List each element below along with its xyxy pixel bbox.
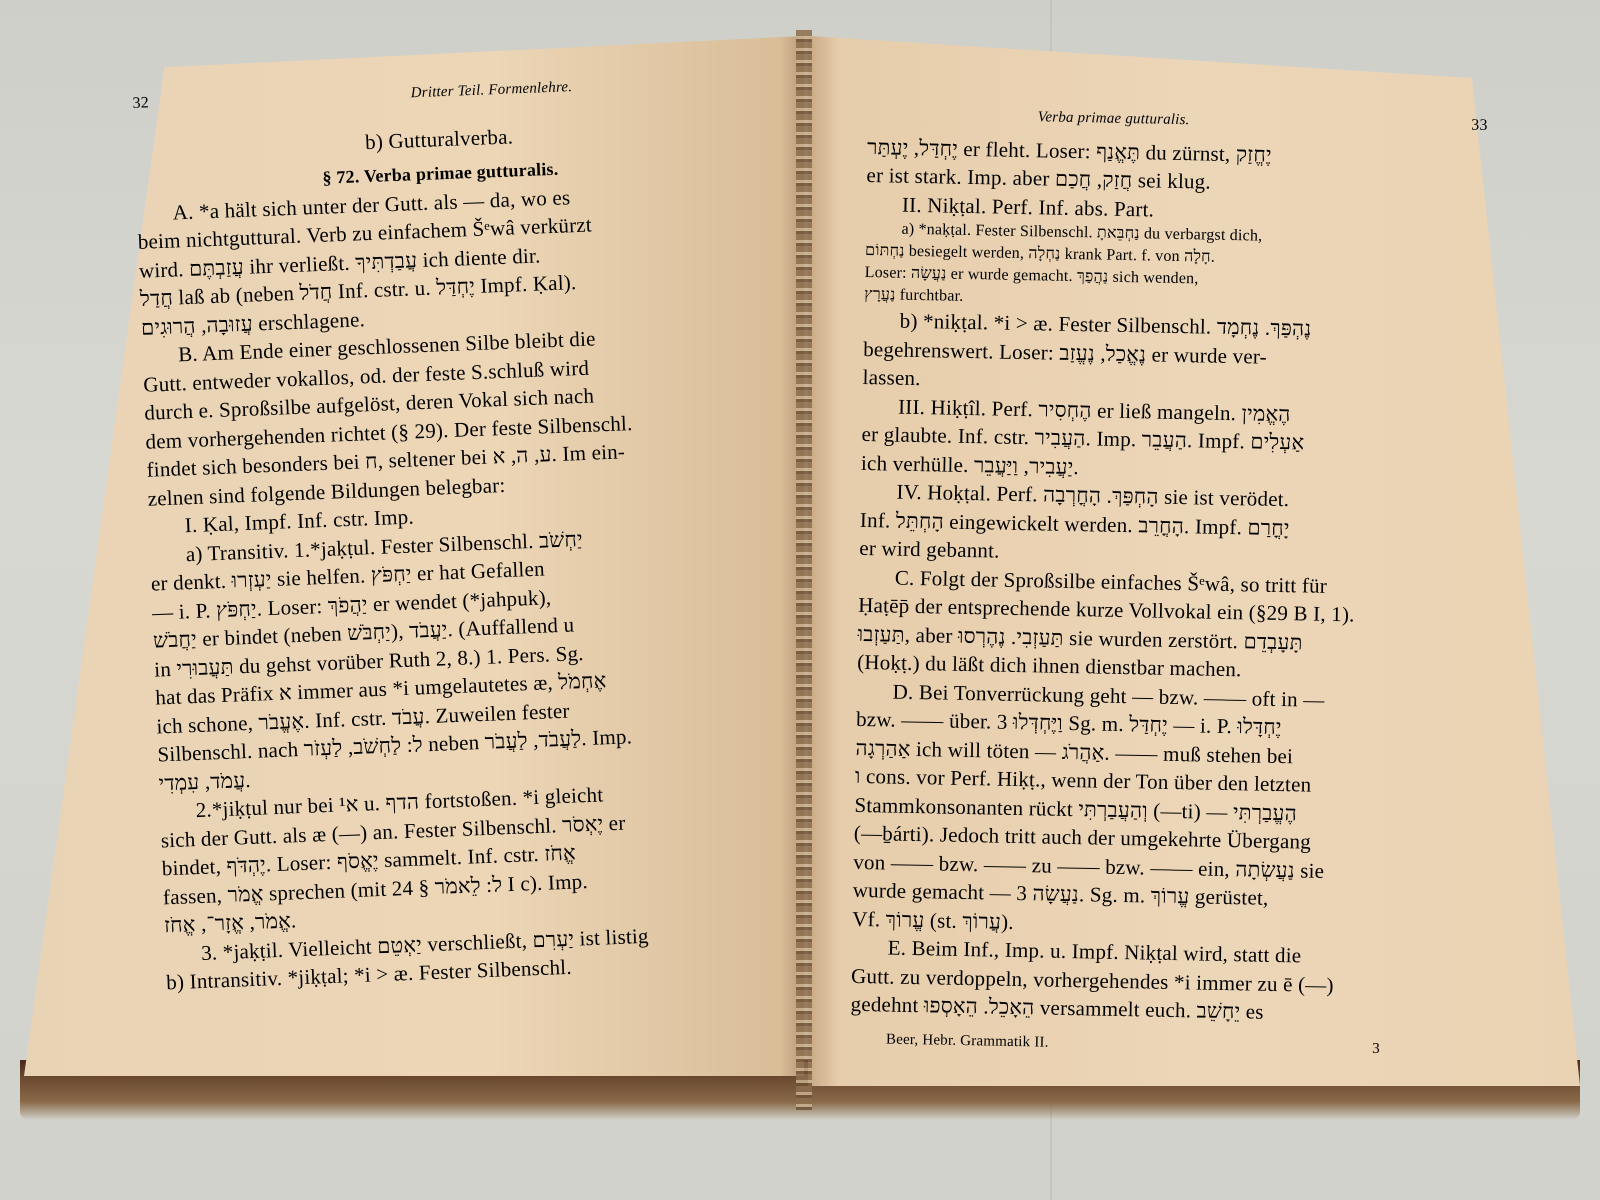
right-page-text: Verba primae gutturalis. 33 יֶחְדַּל, יֶ… — [850, 100, 1488, 1065]
page-number: 33 — [1471, 112, 1488, 141]
footer-signature-mark: 3 — [1372, 1034, 1380, 1063]
running-head: Dritter Teil. Formenlehre. — [410, 73, 573, 108]
running-head: Verba primae gutturalis. — [1037, 103, 1189, 134]
page-number: 32 — [132, 89, 149, 118]
book-spine — [796, 30, 812, 1110]
footer-book-title: Beer, Hebr. Grammatik II. — [886, 1025, 1049, 1057]
left-page-text: 32 Dritter Teil. Formenlehre. b) Guttura… — [132, 67, 776, 997]
